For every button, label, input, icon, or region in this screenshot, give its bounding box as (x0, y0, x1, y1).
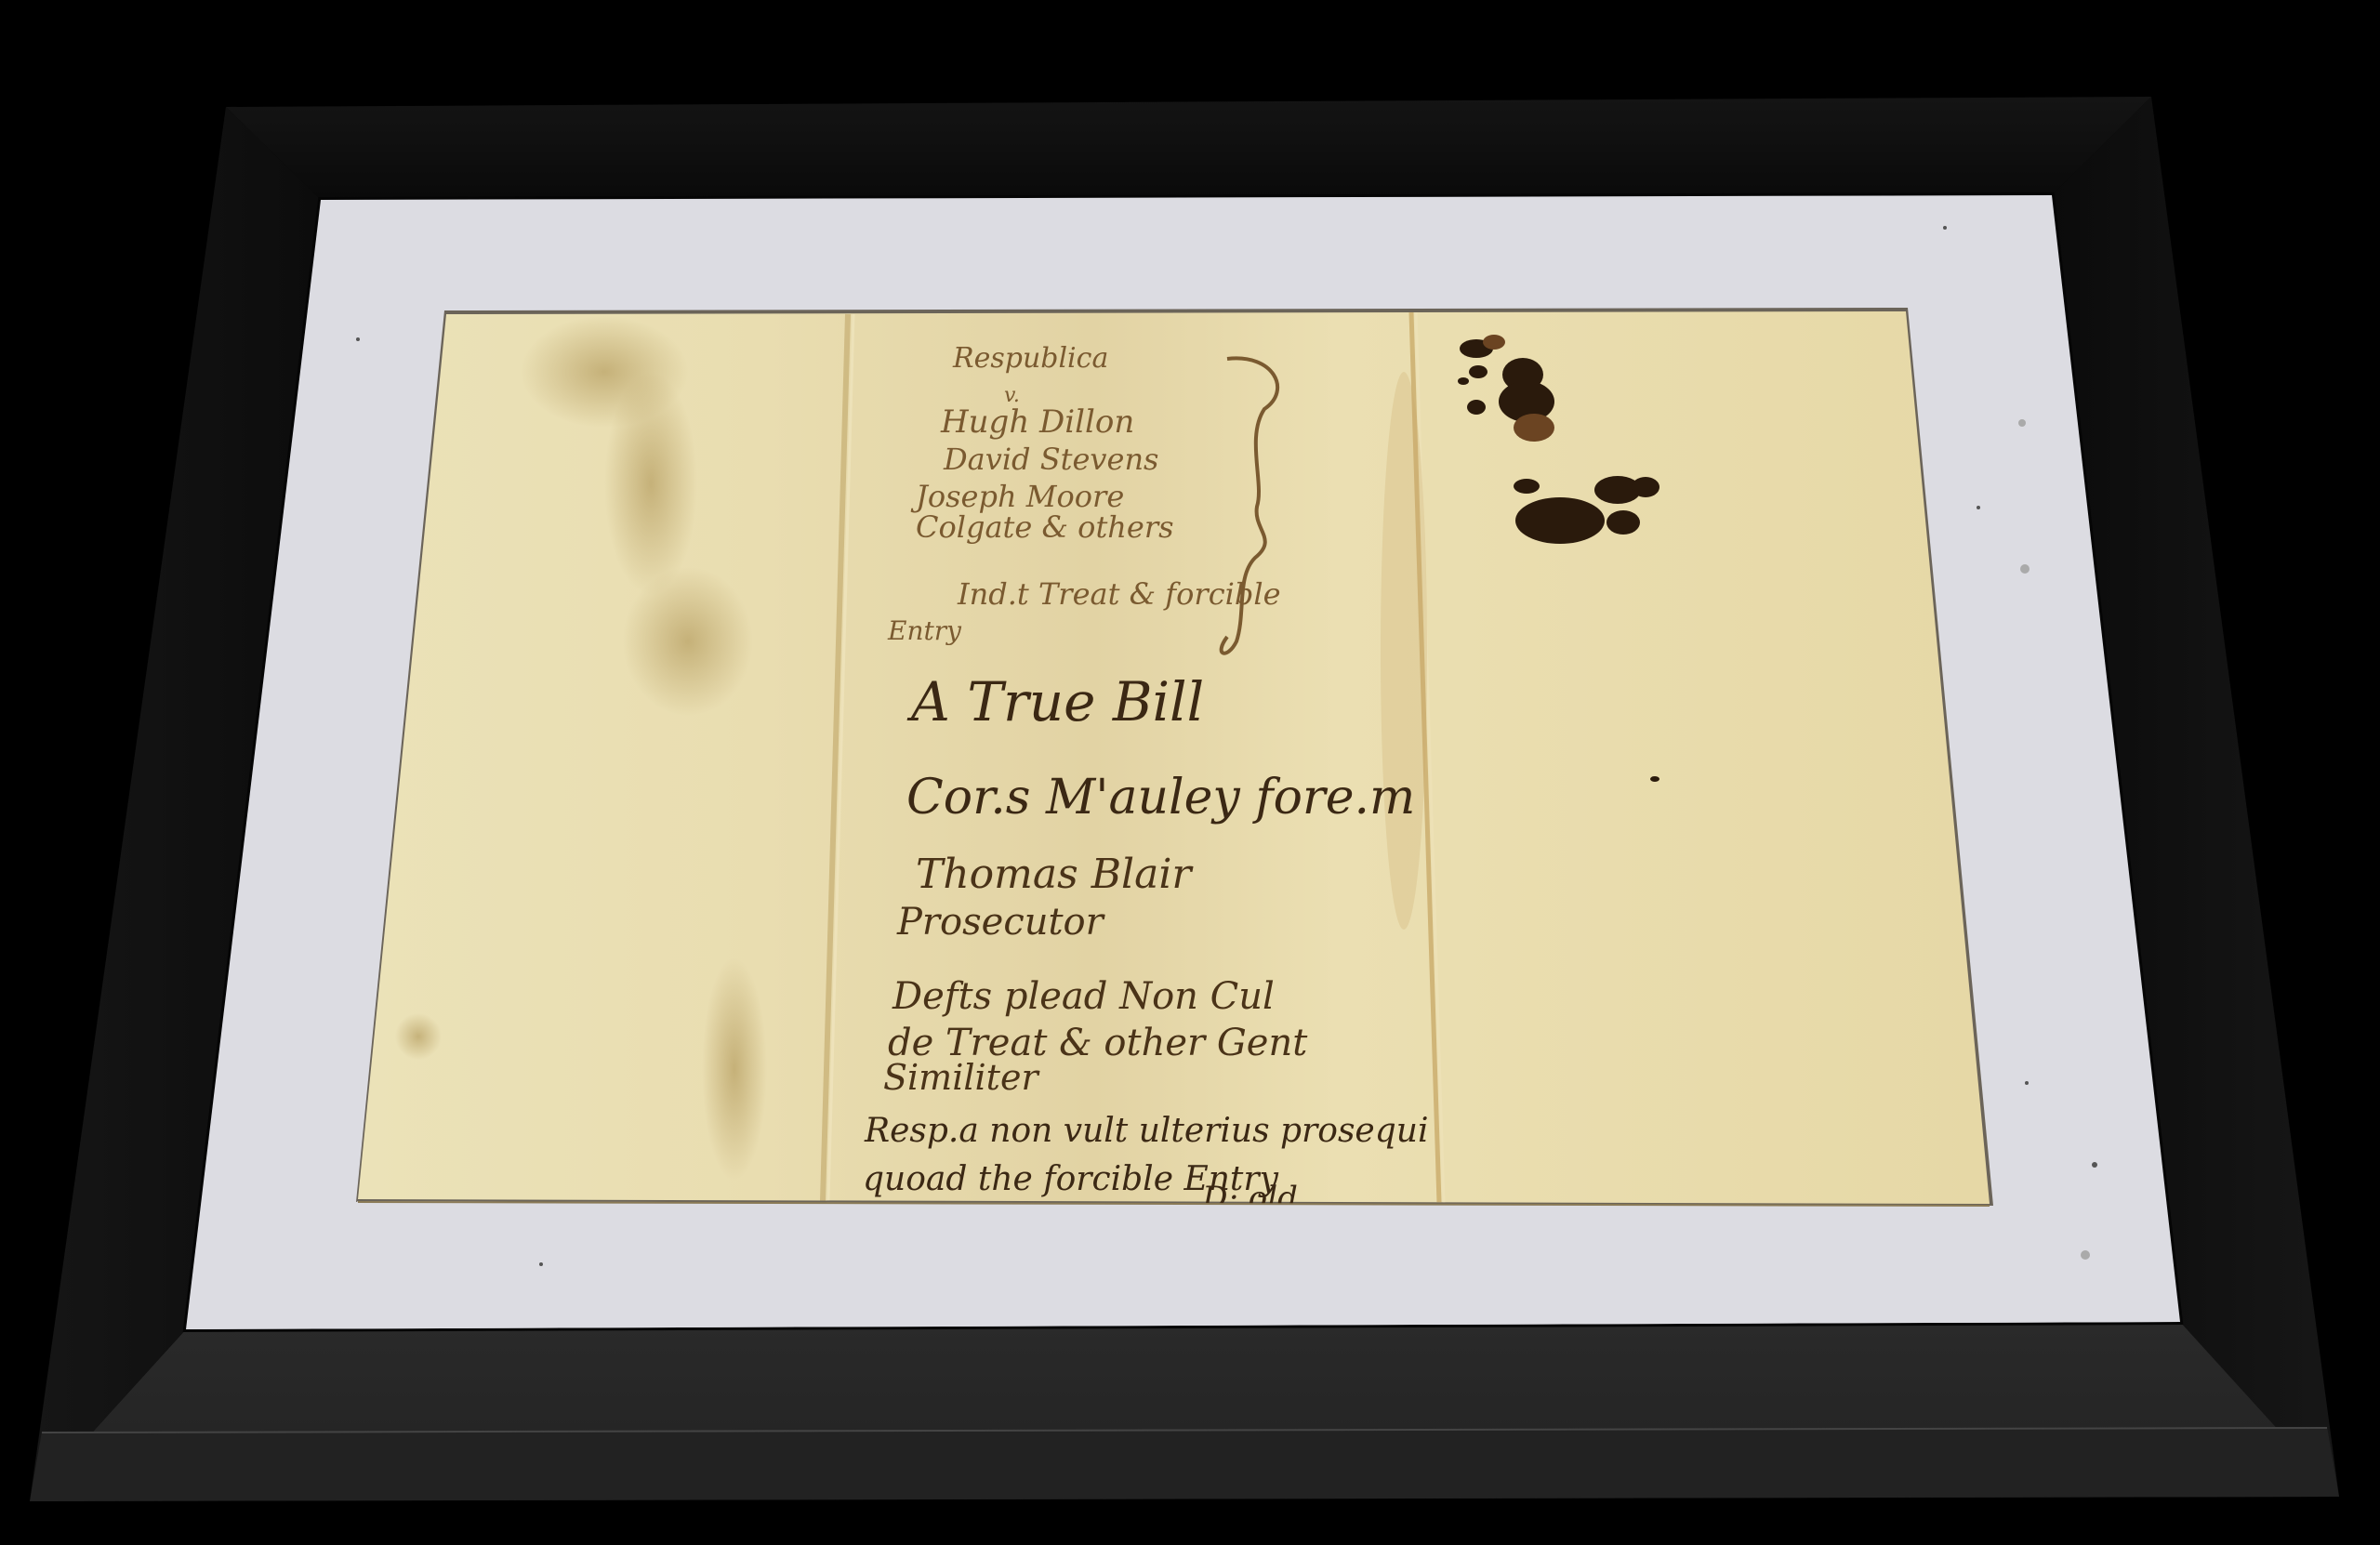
line-plea-3: Similiter (883, 1057, 1040, 1098)
line-case-title: Respublica (952, 342, 1108, 375)
line-foreman: Cor.s M'auley fore.m (906, 770, 1415, 825)
line-prosecutor-name: Thomas Blair (916, 851, 1194, 898)
line-charge-1: Ind.t Treat & forcible (957, 576, 1281, 612)
document-paper (358, 311, 1990, 1204)
line-defendant-2: David Stevens (943, 442, 1158, 477)
frame-bottom-lip (30, 1427, 2339, 1501)
line-resp-1: Resp.a non vult ulterius prosequi (864, 1112, 1428, 1150)
line-defendant-1: Hugh Dillon (940, 403, 1134, 441)
frame-top (226, 97, 2151, 200)
line-plea-1: Defts plead Non Cul (892, 975, 1275, 1018)
framed-document-scene: Respublica v. Hugh Dillon David Stevens … (0, 0, 2380, 1545)
line-charge-2: Entry (887, 615, 962, 646)
line-verdict: A True Bill (906, 670, 1204, 733)
line-defendant-4: Colgate & others (916, 509, 1174, 545)
line-prosecutor-label: Prosecutor (896, 901, 1106, 944)
document (358, 311, 1990, 1204)
